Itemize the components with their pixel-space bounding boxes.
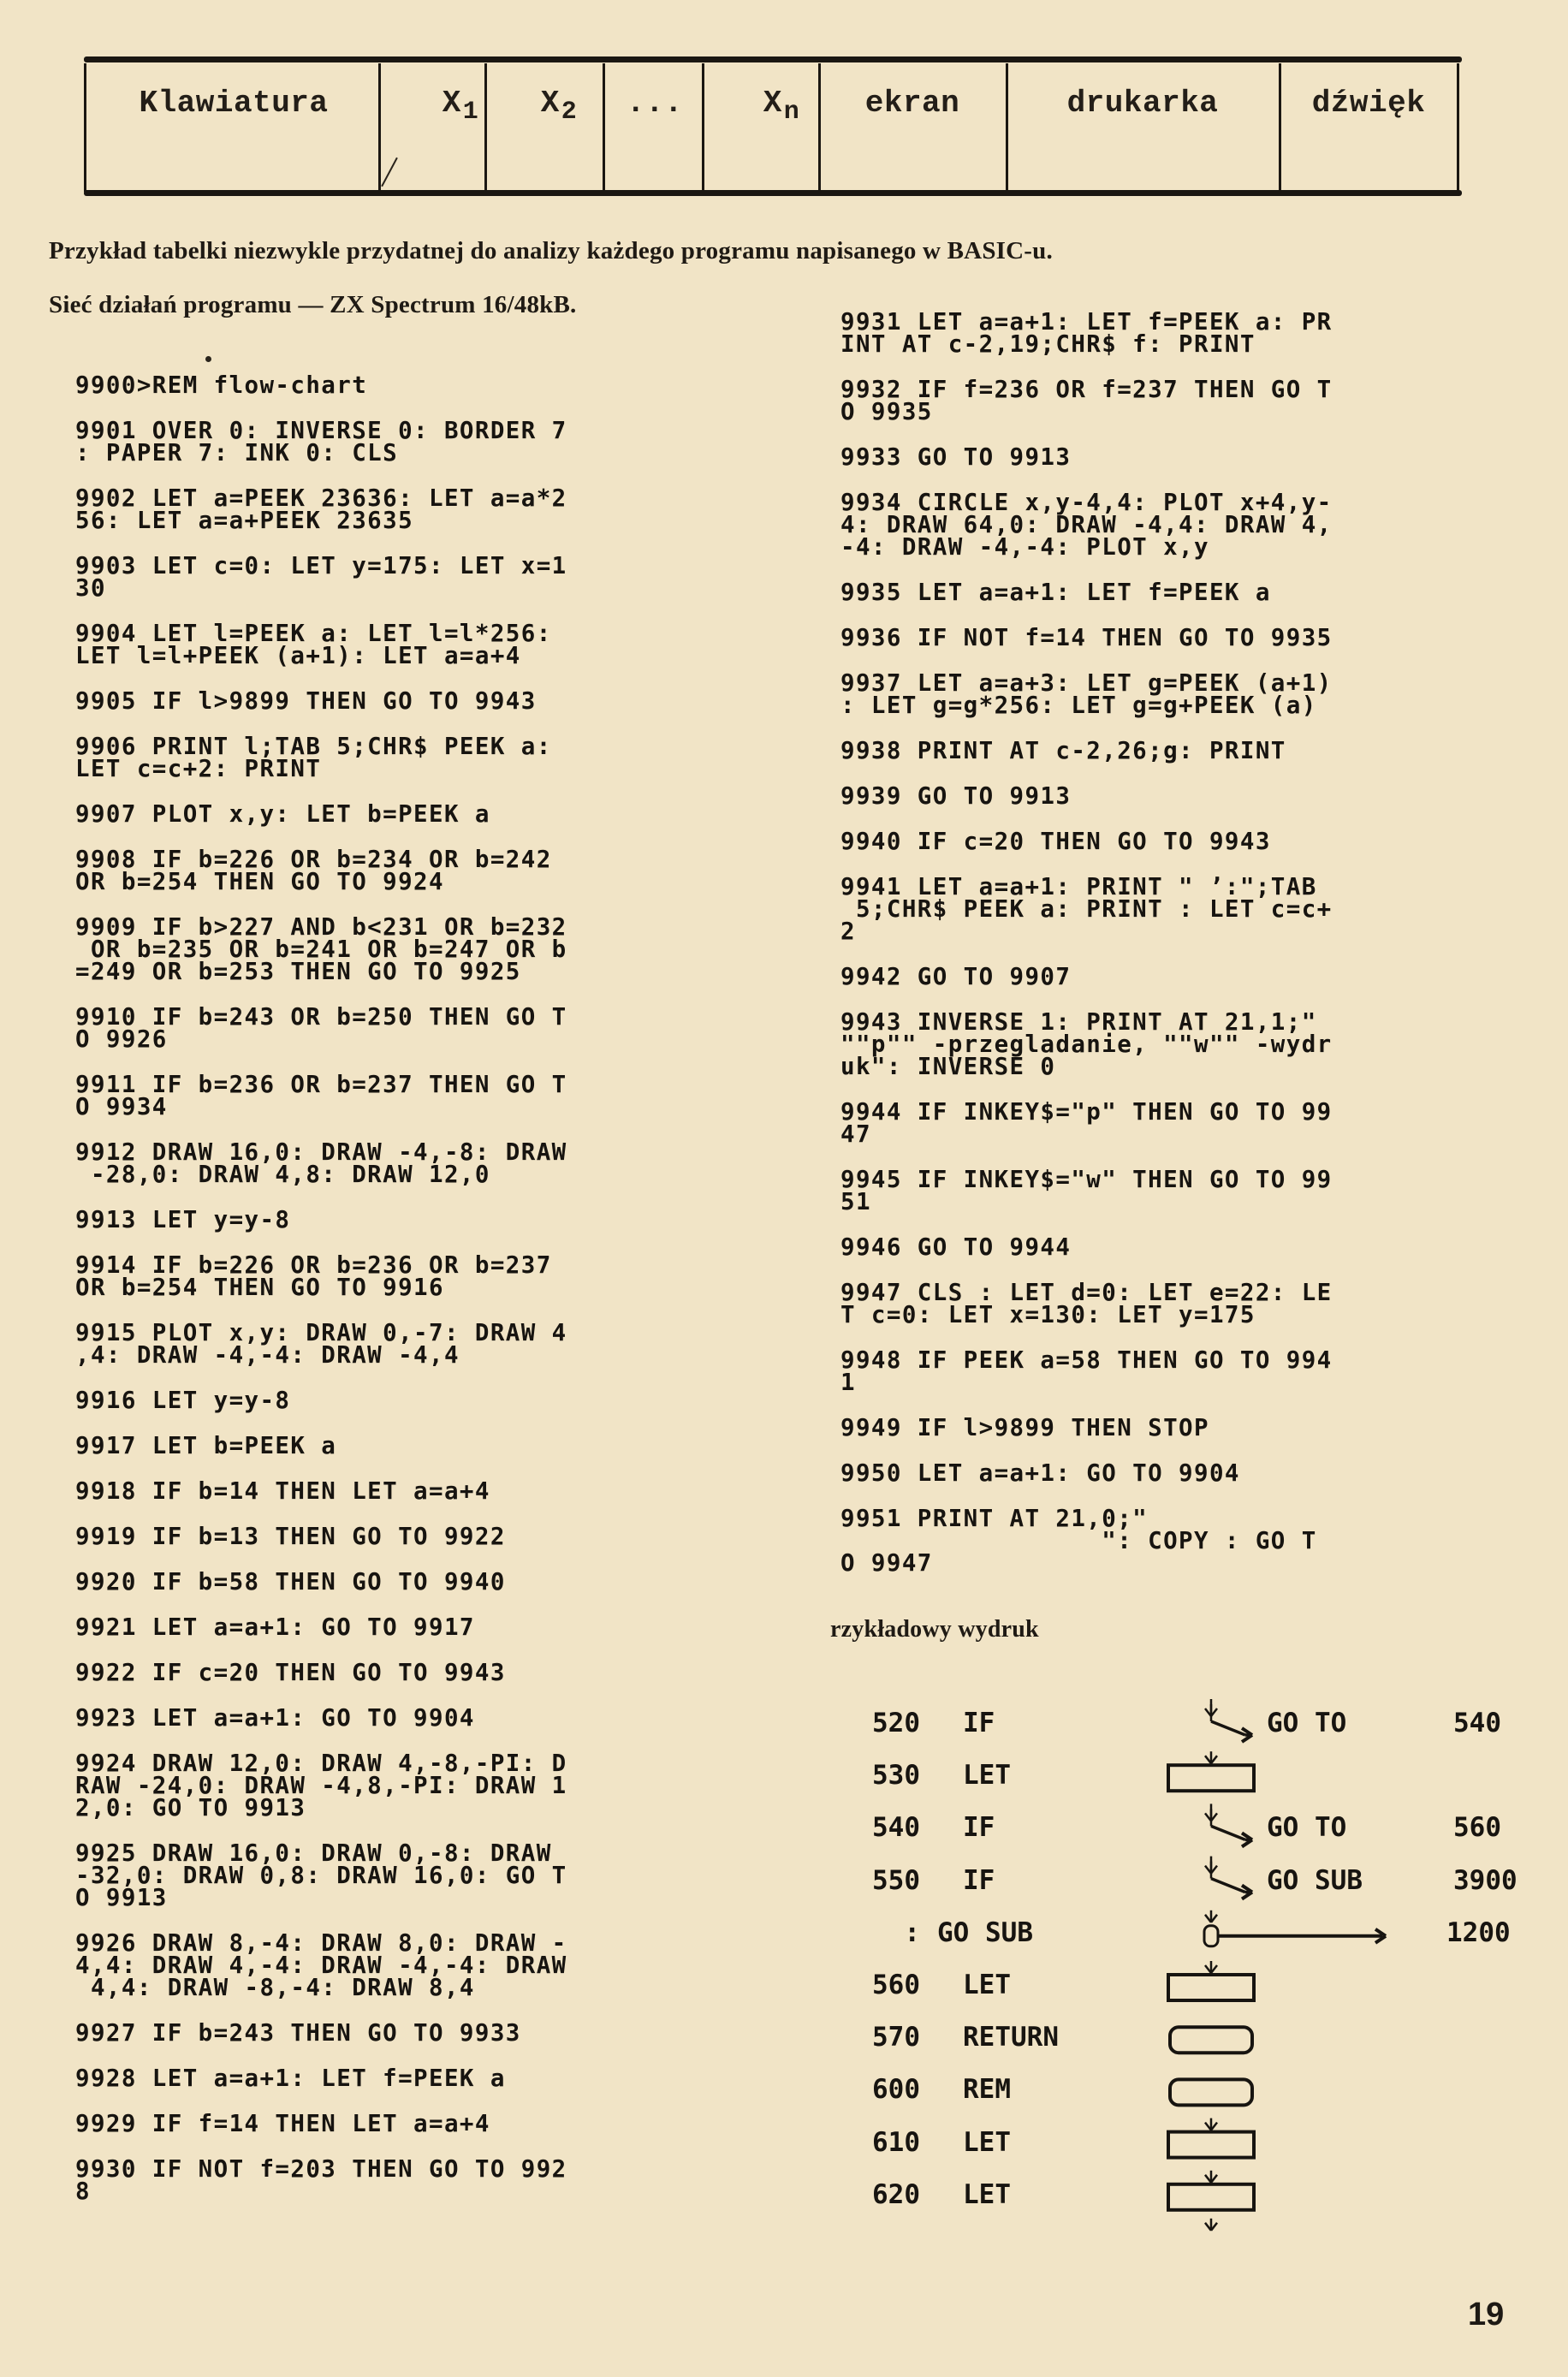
basic-program-line: 9905 IF l>9899 THEN GO TO 9943 xyxy=(75,690,567,712)
table-top-rule xyxy=(84,56,1462,62)
line-number: 520 xyxy=(852,1708,920,1738)
basic-program-line: 9906 PRINT l;TAB 5;CHR$ PEEK a: LET c=c+… xyxy=(75,735,567,780)
basic-program-line: 9900>REM flow-chart xyxy=(75,374,567,396)
basic-program-line: 9926 DRAW 8,-4: DRAW 8,0: DRAW - 4,4: DR… xyxy=(75,1932,567,1999)
basic-program-line: 9915 PLOT x,y: DRAW 0,-7: DRAW 4 ,4: DRA… xyxy=(75,1322,567,1366)
print-speck xyxy=(205,356,211,362)
table-bottom-rule xyxy=(84,190,1462,196)
basic-program-line: 9938 PRINT AT c-2,26;g: PRINT xyxy=(840,740,1333,762)
basic-program-line: 9928 LET a=a+1: LET f=PEEK a xyxy=(75,2067,567,2089)
basic-program-line: 9944 IF INKEY$="p" THEN GO TO 99 47 xyxy=(840,1101,1333,1145)
basic-program-line: 9942 GO TO 9907 xyxy=(840,966,1333,988)
statement-keyword: LET xyxy=(963,1970,1011,2000)
line-number: 540 xyxy=(852,1812,920,1843)
basic-program-line: 9910 IF b=243 OR b=250 THEN GO T O 9926 xyxy=(75,1006,567,1050)
io-analysis-table: Klawiatura X1 X2 ... Xn ekran drukarka d… xyxy=(84,53,1462,199)
basic-program-line: 9912 DRAW 16,0: DRAW -4,-8: DRAW -28,0: … xyxy=(75,1141,567,1186)
sample-flowchart-printout: 520IFGO TO540530LET540IFGO TO560550IFGO … xyxy=(852,1708,1536,2238)
jump-target: GO TO540 xyxy=(1267,1708,1346,1738)
basic-program-line: 9946 GO TO 9944 xyxy=(840,1236,1333,1258)
basic-program-line: 9945 IF INKEY$="w" THEN GO TO 99 51 xyxy=(840,1168,1333,1213)
column-subscript: 2 xyxy=(561,98,578,127)
basic-program-line: 9931 LET a=a+1: LET f=PEEK a: PR INT AT … xyxy=(840,311,1333,355)
basic-program-line: 9911 IF b=236 OR b=237 THEN GO T O 9934 xyxy=(75,1073,567,1118)
basic-program-line: 9923 LET a=a+1: GO TO 9904 xyxy=(75,1707,567,1729)
basic-program-line: 9929 IF f=14 THEN LET a=a+4 xyxy=(75,2113,567,2135)
basic-program-line: 9948 IF PEEK a=58 THEN GO TO 994 1 xyxy=(840,1349,1333,1394)
basic-program-line: 9914 IF b=226 OR b=236 OR b=237 OR b=254… xyxy=(75,1254,567,1298)
flowchart-graphics xyxy=(852,1708,1536,2238)
jump-keyword: GO TO xyxy=(1267,1812,1346,1843)
basic-program-line: 9909 IF b>227 AND b<231 OR b=232 OR b=23… xyxy=(75,916,567,983)
basic-program-line: 9904 LET l=PEEK a: LET l=l*256: LET l=l+… xyxy=(75,622,567,667)
jump-keyword: GO SUB xyxy=(1267,1865,1363,1896)
jump-destination: 3900 xyxy=(1453,1865,1518,1896)
jump-destination: 540 xyxy=(1453,1708,1501,1738)
table-divider xyxy=(84,63,86,192)
line-number: 610 xyxy=(852,2127,920,2158)
column-label: ekran xyxy=(865,86,960,121)
table-divider xyxy=(378,63,381,192)
table-divider xyxy=(702,63,704,192)
listing-left-column: 9900>REM flow-chart9901 OVER 0: INVERSE … xyxy=(75,374,567,2225)
column-label: dźwięk xyxy=(1312,86,1426,121)
basic-program-line: 9913 LET y=y-8 xyxy=(75,1209,567,1231)
basic-program-line: 9921 LET a=a+1: GO TO 9917 xyxy=(75,1616,567,1638)
statement-keyword: LET xyxy=(963,2179,1011,2210)
basic-program-line: 9939 GO TO 9913 xyxy=(840,785,1333,807)
basic-program-line: 9941 LET a=a+1: PRINT " ʼ:";TAB 5;CHR$ P… xyxy=(840,876,1333,942)
basic-program-line: 9924 DRAW 12,0: DRAW 4,-8,-PI: D RAW -24… xyxy=(75,1752,567,1819)
basic-program-line: 9950 LET a=a+1: GO TO 9904 xyxy=(840,1462,1333,1484)
basic-program-line: 9937 LET a=a+3: LET g=PEEK (a+1) : LET g… xyxy=(840,672,1333,716)
basic-program-line: 9925 DRAW 16,0: DRAW 0,-8: DRAW -32,0: D… xyxy=(75,1842,567,1909)
basic-program-line: 9907 PLOT x,y: LET b=PEEK a xyxy=(75,803,567,825)
basic-program-line: 9901 OVER 0: INVERSE 0: BORDER 7 : PAPER… xyxy=(75,419,567,464)
basic-program-line: 9903 LET c=0: LET y=175: LET x=1 30 xyxy=(75,555,567,599)
column-header-printer: drukarka xyxy=(1008,86,1277,146)
page-number: 19 xyxy=(1468,2297,1504,2333)
basic-program-line: 9927 IF b=243 THEN GO TO 9933 xyxy=(75,2022,567,2044)
column-subscript: 1 xyxy=(463,98,479,127)
basic-program-line: 9920 IF b=58 THEN GO TO 9940 xyxy=(75,1571,567,1593)
column-header-sound: dźwięk xyxy=(1281,86,1456,146)
column-label: X xyxy=(541,86,560,121)
line-number: : xyxy=(852,1917,920,1948)
line-number: 600 xyxy=(852,2074,920,2105)
statement-keyword: GO SUB xyxy=(937,1917,1033,1948)
basic-program-line: 9916 LET y=y-8 xyxy=(75,1389,567,1411)
basic-program-line: 9947 CLS : LET d=0: LET e=22: LE T c=0: … xyxy=(840,1281,1333,1326)
basic-program-line: 9902 LET a=PEEK 23636: LET a=a*2 56: LET… xyxy=(75,487,567,532)
basic-program-line: 9922 IF c=20 THEN GO TO 9943 xyxy=(75,1661,567,1684)
line-number: 570 xyxy=(852,2022,920,2053)
column-header-xn: Xn xyxy=(747,86,816,146)
basic-program-line: 9932 IF f=236 OR f=237 THEN GO T O 9935 xyxy=(840,378,1333,423)
basic-program-line: 9935 LET a=a+1: LET f=PEEK a xyxy=(840,581,1333,603)
statement-keyword: IF xyxy=(963,1708,995,1738)
basic-program-line: 9917 LET b=PEEK a xyxy=(75,1435,567,1457)
table-divider xyxy=(818,63,821,192)
statement-keyword: IF xyxy=(963,1865,995,1896)
column-label: X xyxy=(442,86,461,121)
column-label: drukarka xyxy=(1067,86,1219,121)
basic-program-line: 9934 CIRCLE x,y-4,4: PLOT x+4,y- 4: DRAW… xyxy=(840,491,1333,558)
jump-destination: 560 xyxy=(1453,1812,1501,1843)
jump-target: GO TO560 xyxy=(1267,1812,1346,1843)
basic-program-line: 9936 IF NOT f=14 THEN GO TO 9935 xyxy=(840,627,1333,649)
basic-program-line: 9940 IF c=20 THEN GO TO 9943 xyxy=(840,830,1333,853)
line-number: 530 xyxy=(852,1760,920,1791)
pen-mark xyxy=(381,157,398,187)
table-divider xyxy=(1457,63,1459,192)
column-header-screen: ekran xyxy=(822,86,1003,146)
column-subscript: n xyxy=(784,98,800,127)
basic-program-line: 9919 IF b=13 THEN GO TO 9922 xyxy=(75,1525,567,1548)
jump-destination: 1200 xyxy=(1446,1917,1511,1948)
listing-caption: Sieć działań programu — ZX Spectrum 16/4… xyxy=(49,291,576,319)
jump-target: GO SUB3900 xyxy=(1267,1865,1363,1896)
column-label: X xyxy=(763,86,782,121)
line-number: 620 xyxy=(852,2179,920,2210)
column-header-ellipsis: ... xyxy=(608,86,702,146)
statement-keyword: REM xyxy=(963,2074,1011,2105)
basic-program-line: 9951 PRINT AT 21,0;" ": COPY : GO T O 99… xyxy=(840,1507,1333,1574)
line-number: 560 xyxy=(852,1970,920,2000)
basic-program-line: 9908 IF b=226 OR b=234 OR b=242 OR b=254… xyxy=(75,848,567,893)
listing-right-column: 9931 LET a=a+1: LET f=PEEK a: PR INT AT … xyxy=(840,311,1333,1597)
statement-keyword: LET xyxy=(963,2127,1011,2158)
basic-program-line: 9918 IF b=14 THEN LET a=a+4 xyxy=(75,1480,567,1502)
column-header-keyboard: Klawiatura xyxy=(92,86,375,146)
basic-program-line: 9930 IF NOT f=203 THEN GO TO 992 8 xyxy=(75,2158,567,2202)
jump-keyword: GO TO xyxy=(1267,1708,1346,1738)
magazine-page: Klawiatura X1 X2 ... Xn ekran drukarka d… xyxy=(0,0,1568,2377)
statement-keyword: RETURN xyxy=(963,2022,1059,2053)
statement-keyword: IF xyxy=(963,1812,995,1843)
basic-program-line: 9949 IF l>9899 THEN STOP xyxy=(840,1417,1333,1439)
column-label: Klawiatura xyxy=(139,86,328,121)
table-divider xyxy=(603,63,605,192)
column-header-x1: X1 xyxy=(426,86,495,146)
printout-caption: rzykładowy wydruk xyxy=(830,1616,1039,1643)
table-caption: Przykład tabelki niezwykle przydatnej do… xyxy=(49,237,1053,265)
column-header-x2: X2 xyxy=(525,86,593,146)
basic-program-line: 9933 GO TO 9913 xyxy=(840,446,1333,468)
line-number: 550 xyxy=(852,1865,920,1896)
statement-keyword: LET xyxy=(963,1760,1011,1791)
column-label: ... xyxy=(627,86,683,121)
basic-program-line: 9943 INVERSE 1: PRINT AT 21,1;" ""p"" -p… xyxy=(840,1011,1333,1078)
